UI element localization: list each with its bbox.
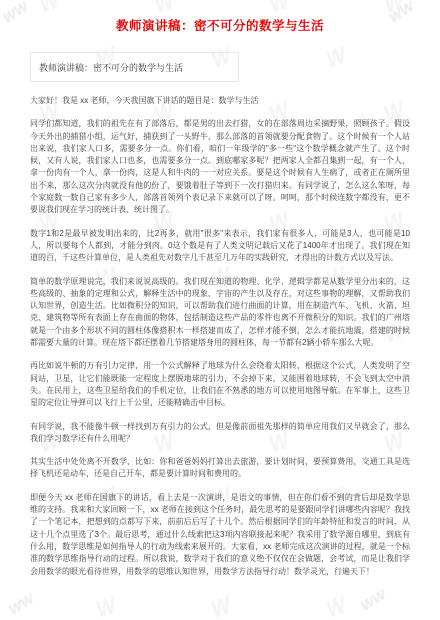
subtitle-text: 教师演讲稿：密不可分的数学与生活 xyxy=(39,63,183,73)
subtitle-box: 教师演讲稿：密不可分的数学与生活 xyxy=(30,52,239,82)
greeting-line: 大家好！我是 xx 老师，今天我国旗下讲话的题目是：数学与生活 xyxy=(30,95,410,107)
watermark-mark: W xyxy=(208,592,234,620)
paragraph: 即便今天 xx 老师在国旗下的讲话，看上去是一次演讲，是语文的事情，但在你们看不… xyxy=(30,492,410,578)
document-page: WWWWWWWWWWWWWWWWWWWWWWWWWWWWWWWWWWWWWWWW… xyxy=(0,0,440,620)
watermark-corner-mark: WW xyxy=(6,590,37,618)
document-content: 教师演讲稿：密不可分的数学与生活 教师演讲稿：密不可分的数学与生活 大家好！我是… xyxy=(0,0,440,578)
watermark-mark: W xyxy=(93,592,119,620)
paragraph: 再比如说牛顿的万有引力定律，用一个公式解释了地球为什么会绕着太阳转，根据这个公式… xyxy=(30,360,410,409)
paragraph: 简单的数学原理说完，我们来说说高级的。我们现在知道的物理、化学、逻辑学都是从数学… xyxy=(30,276,410,350)
document-title: 教师演讲稿：密不可分的数学与生活 xyxy=(30,16,410,34)
watermark-corner-mark: WW xyxy=(358,586,389,614)
paragraph: 有同学说，我不能像牛顿一样找到万有引力的公式，但是像前面祖先那样的简单应用我们又… xyxy=(30,421,410,446)
watermark-mark: W xyxy=(323,592,349,620)
paragraph: 同学们都知道，我们的祖先在有了部落后，都是男的出去打猎，女的在部落周边采摘野果，… xyxy=(30,118,410,216)
paragraph: 其实生活中处处离不开数学，比如：你和爸爸妈妈打算出去旅游，要计划时间，要预算费用… xyxy=(30,456,410,481)
paragraph: 数字1和2是最早被发明出来的，比2再多，就用"很多"来表示，我们家有很多人，可能… xyxy=(30,228,410,265)
